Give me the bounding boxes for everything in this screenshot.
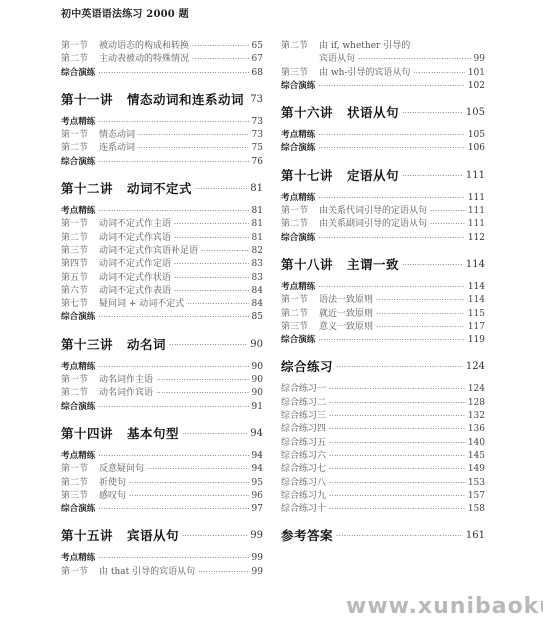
toc-section-entry[interactable]: 第四节动词不定式作定语83 bbox=[61, 258, 263, 271]
leader-dots bbox=[376, 294, 465, 307]
leader-dots bbox=[318, 129, 464, 142]
chapter-title: 参考答案 bbox=[281, 526, 333, 546]
page-number: 124 bbox=[466, 357, 485, 377]
leader-dots bbox=[329, 383, 465, 396]
toc-section-entry[interactable]: 第二节祈使句95 bbox=[61, 477, 263, 490]
leader-dots bbox=[329, 477, 465, 490]
section-number: 第一节 bbox=[281, 205, 319, 218]
page-number: 111 bbox=[468, 205, 485, 218]
chapter-name: 定语从句 bbox=[347, 168, 399, 183]
toc-section-entry[interactable]: 第六节动词不定式作表语84 bbox=[61, 285, 263, 298]
section-title: 被动语态的构成和转换 bbox=[99, 40, 189, 53]
leader-dots bbox=[336, 357, 463, 377]
toc-practice-entry[interactable]: 综合演练102 bbox=[281, 80, 485, 93]
toc-practice-entry[interactable]: 综合演练119 bbox=[281, 334, 485, 347]
section-number: 第一节 bbox=[281, 294, 319, 307]
toc-practice-entry[interactable]: 综合演练85 bbox=[61, 311, 263, 324]
toc-section-entry[interactable]: 第七节疑问词 + 动词不定式84 bbox=[61, 298, 263, 311]
toc-section-entry[interactable]: 第一节情态动词73 bbox=[61, 129, 263, 142]
section-number: 第三节 bbox=[281, 321, 319, 334]
leader-dots bbox=[98, 116, 248, 129]
leader-dots bbox=[98, 552, 248, 565]
chapter-name: 综合练习 bbox=[281, 359, 333, 374]
page-number: 82 bbox=[252, 245, 263, 258]
page-number: 81 bbox=[250, 179, 263, 199]
toc-section-entry[interactable]: 第一节动词不定式作主语81 bbox=[61, 218, 263, 231]
toc-practice-entry[interactable]: 综合演练106 bbox=[281, 142, 485, 155]
toc-practice-entry[interactable]: 考点精练111 bbox=[281, 192, 485, 205]
leader-dots bbox=[187, 298, 248, 311]
leader-dots bbox=[329, 423, 465, 436]
leader-dots bbox=[147, 463, 249, 476]
chapter-number: 第十一讲 bbox=[61, 92, 113, 107]
page-number: 91 bbox=[252, 401, 263, 414]
leader-dots bbox=[174, 232, 249, 245]
toc-practice-entry[interactable]: 综合演练68 bbox=[61, 67, 263, 80]
page-number: 90 bbox=[252, 374, 263, 387]
leader-dots bbox=[318, 281, 464, 294]
page-number: 106 bbox=[468, 142, 485, 155]
entry-title: 综合练习七 bbox=[281, 463, 326, 476]
leader-dots bbox=[430, 218, 465, 231]
leader-dots bbox=[156, 374, 249, 387]
section-title: 动词不定式作表语 bbox=[99, 285, 171, 298]
leader-dots bbox=[376, 321, 465, 334]
section-number: 第三节 bbox=[281, 67, 319, 80]
toc-practice-entry[interactable]: 考点精练105 bbox=[281, 129, 485, 142]
section-title: 意义一致原则 bbox=[319, 321, 373, 334]
toc-chapter-entry[interactable]: 综合练习124 bbox=[281, 357, 485, 377]
page-number: 99 bbox=[250, 526, 263, 546]
page-number: 84 bbox=[252, 298, 263, 311]
section-title: 动词不定式作主语 bbox=[99, 218, 171, 231]
entry-title: 考点精练 bbox=[61, 450, 95, 463]
section-title: 动词不定式作定语 bbox=[99, 258, 171, 271]
entry-title: 考点精练 bbox=[61, 552, 95, 565]
leader-dots bbox=[192, 53, 249, 66]
section-title: 疑问词 + 动词不定式 bbox=[99, 298, 184, 311]
section-title: 主动表被动的特殊情况 bbox=[99, 53, 189, 66]
toc-section-entry[interactable]: 第一节由关系代词引导的定语从句111 bbox=[281, 205, 485, 218]
leader-dots bbox=[318, 80, 464, 93]
entry-title: 综合练习一 bbox=[281, 383, 326, 396]
toc-practice-entry[interactable]: 考点精练90 bbox=[61, 361, 263, 374]
leader-dots bbox=[195, 179, 247, 199]
toc-section-entry[interactable]: 第二节动词不定式作宾语81 bbox=[61, 232, 263, 245]
page-number: 114 bbox=[468, 294, 485, 307]
page-number: 111 bbox=[468, 218, 485, 231]
section-number: 第二节 bbox=[281, 308, 319, 321]
page-number: 81 bbox=[252, 232, 263, 245]
leader-dots bbox=[329, 463, 465, 476]
running-header: 初中英语语法练习 2000 题 bbox=[61, 5, 189, 20]
page-number: 161 bbox=[466, 526, 485, 546]
leader-dots bbox=[182, 526, 247, 546]
page-number: 115 bbox=[468, 308, 485, 321]
page-number: 117 bbox=[468, 321, 485, 334]
leader-dots bbox=[430, 205, 465, 218]
leader-dots bbox=[329, 410, 465, 423]
leader-dots bbox=[318, 142, 464, 155]
entry-title: 综合演练 bbox=[281, 232, 315, 245]
page-number: 84 bbox=[252, 285, 263, 298]
toc-section-entry[interactable]: 第五节动词不定式作状语83 bbox=[61, 272, 263, 285]
entry-title: 考点精练 bbox=[61, 116, 95, 129]
toc-exercise-entry[interactable]: 综合练习六145 bbox=[281, 450, 485, 463]
section-number: 第一节 bbox=[61, 40, 99, 53]
leader-dots bbox=[318, 334, 464, 347]
page-number: 73 bbox=[250, 90, 263, 110]
leader-dots bbox=[318, 232, 464, 245]
section-number: 第四节 bbox=[61, 258, 99, 271]
toc-chapter-entry[interactable]: 第十一讲情态动词和连系动词73 bbox=[61, 90, 263, 110]
page-number: 85 bbox=[252, 311, 263, 324]
chapter-number: 第十二讲 bbox=[61, 181, 113, 196]
entry-title: 考点精练 bbox=[61, 205, 95, 218]
toc-practice-entry[interactable]: 综合演练112 bbox=[281, 232, 485, 245]
entry-title: 考点精练 bbox=[281, 129, 315, 142]
chapter-title: 第十一讲情态动词和连系动词 bbox=[61, 90, 244, 110]
entry-title: 综合演练 bbox=[281, 142, 315, 155]
chapter-title: 第十三讲动名词 bbox=[61, 335, 166, 355]
page-number: 128 bbox=[468, 397, 485, 410]
entry-title: 综合演练 bbox=[61, 311, 95, 324]
page-number: 158 bbox=[468, 503, 485, 516]
toc-chapter-entry[interactable]: 第十三讲动名词90 bbox=[61, 335, 263, 355]
entry-title: 综合演练 bbox=[61, 503, 95, 516]
section-title: 宾语从句 bbox=[319, 53, 355, 66]
page-number: 112 bbox=[468, 232, 485, 245]
toc-section-entry[interactable]: 第二节连系动词75 bbox=[61, 142, 263, 155]
toc-section-entry[interactable]: 第二节由关系副词引导的定语从句111 bbox=[281, 218, 485, 231]
section-number: 第七节 bbox=[61, 298, 99, 311]
page-number: 97 bbox=[252, 503, 263, 516]
page-number: 99 bbox=[474, 53, 485, 66]
chapter-title: 第十八讲主谓一致 bbox=[281, 255, 399, 275]
chapter-number: 第十五讲 bbox=[61, 528, 113, 543]
section-number: 第二节 bbox=[61, 387, 99, 400]
toc-section-entry[interactable]: 第三节动词不定式作宾语补足语82 bbox=[61, 245, 263, 258]
toc-practice-entry[interactable]: 考点精练99 bbox=[61, 552, 263, 565]
toc-section-entry[interactable]: 第三节感叹句96 bbox=[61, 490, 263, 503]
leader-dots bbox=[174, 285, 249, 298]
page-number: 102 bbox=[468, 80, 485, 93]
entry-title: 考点精练 bbox=[281, 192, 315, 205]
page-number: 73 bbox=[252, 129, 263, 142]
chapter-name: 状语从句 bbox=[347, 105, 399, 120]
entry-title: 考点精练 bbox=[281, 281, 315, 294]
entry-title: 综合演练 bbox=[281, 80, 315, 93]
leader-dots bbox=[329, 490, 465, 503]
page-number: 81 bbox=[252, 218, 263, 231]
chapter-name: 动名词 bbox=[127, 337, 166, 352]
page-number: 105 bbox=[466, 103, 485, 123]
leader-dots bbox=[174, 258, 249, 271]
page-number: 73 bbox=[252, 116, 263, 129]
section-title: 动名词作主语 bbox=[99, 374, 153, 387]
entry-title: 考点精练 bbox=[61, 361, 95, 374]
toc-chapter-entry[interactable]: 参考答案161 bbox=[281, 526, 485, 546]
toc-chapter-entry[interactable]: 第十八讲主谓一致114 bbox=[281, 255, 485, 275]
toc-exercise-entry[interactable]: 综合练习四136 bbox=[281, 423, 485, 436]
toc-practice-entry[interactable]: 综合演练91 bbox=[61, 401, 263, 414]
leader-dots bbox=[329, 450, 465, 463]
leader-dots bbox=[336, 526, 463, 546]
leader-dots bbox=[402, 166, 463, 186]
toc-exercise-entry[interactable]: 综合练习七149 bbox=[281, 463, 485, 476]
page-number: 94 bbox=[250, 424, 263, 444]
page-number: 76 bbox=[252, 156, 263, 169]
toc-exercise-entry[interactable]: 综合练习五140 bbox=[281, 437, 485, 450]
toc-practice-entry[interactable]: 考点精练94 bbox=[61, 450, 263, 463]
leader-dots bbox=[98, 205, 248, 218]
toc-section-entry[interactable]: 第一节动名词作主语90 bbox=[61, 374, 263, 387]
entry-title: 综合演练 bbox=[61, 401, 95, 414]
leader-dots bbox=[201, 245, 249, 258]
leader-dots bbox=[182, 424, 247, 444]
chapter-title: 第十六讲状语从句 bbox=[281, 103, 399, 123]
page-number: 114 bbox=[466, 255, 485, 275]
section-title: 情态动词 bbox=[99, 129, 135, 142]
page-number: 68 bbox=[252, 67, 263, 80]
chapter-number: 第十七讲 bbox=[281, 168, 333, 183]
page-number: 96 bbox=[252, 490, 263, 503]
section-number: 第二节 bbox=[61, 142, 99, 155]
entry-title: 综合练习四 bbox=[281, 423, 326, 436]
page-number: 111 bbox=[468, 192, 485, 205]
leader-dots bbox=[402, 103, 463, 123]
chapter-name: 宾语从句 bbox=[127, 528, 179, 543]
leader-dots bbox=[329, 437, 465, 450]
page-number: 65 bbox=[252, 40, 263, 53]
page-number: 149 bbox=[468, 463, 485, 476]
toc-section-entry-continued[interactable]: 宾语从句99 bbox=[281, 53, 485, 66]
page-number: 99 bbox=[252, 566, 263, 579]
page-number: 111 bbox=[466, 166, 485, 186]
toc-chapter-entry[interactable]: 第十二讲动词不定式81 bbox=[61, 179, 263, 199]
chapter-name: 参考答案 bbox=[281, 528, 333, 543]
section-title: 动词不定式作宾语补足语 bbox=[99, 245, 198, 258]
toc-section-entry[interactable]: 第二节就近一致原则115 bbox=[281, 308, 485, 321]
leader-dots bbox=[138, 129, 249, 142]
page-number: 94 bbox=[252, 463, 263, 476]
toc-chapter-entry[interactable]: 第十七讲定语从句111 bbox=[281, 166, 485, 186]
chapter-title: 第十五讲宾语从句 bbox=[61, 526, 179, 546]
toc-exercise-entry[interactable]: 综合练习二128 bbox=[281, 397, 485, 410]
leader-dots bbox=[192, 40, 249, 53]
section-title: 由关系副词引导的定语从句 bbox=[319, 218, 427, 231]
leader-dots bbox=[358, 53, 471, 66]
section-number: 第三节 bbox=[61, 245, 99, 258]
toc-practice-entry[interactable]: 综合演练76 bbox=[61, 156, 263, 169]
toc-exercise-entry[interactable]: 综合练习八153 bbox=[281, 477, 485, 490]
toc-section-entry[interactable]: 第三节意义一致原则117 bbox=[281, 321, 485, 334]
section-number: 第一节 bbox=[61, 218, 99, 231]
page-number: 114 bbox=[468, 281, 485, 294]
page-number: 81 bbox=[252, 205, 263, 218]
leader-dots bbox=[98, 156, 248, 169]
section-title: 祈使句 bbox=[99, 477, 126, 490]
leader-dots bbox=[98, 450, 248, 463]
leader-dots bbox=[174, 218, 249, 231]
chapter-title: 第十七讲定语从句 bbox=[281, 166, 399, 186]
entry-title: 综合练习十 bbox=[281, 503, 326, 516]
toc-chapter-entry[interactable]: 第十六讲状语从句105 bbox=[281, 103, 485, 123]
entry-title: 综合练习八 bbox=[281, 477, 326, 490]
section-number: 第一节 bbox=[61, 566, 99, 579]
entry-title: 综合演练 bbox=[61, 67, 95, 80]
section-number: 第二节 bbox=[61, 477, 99, 490]
section-number: 第二节 bbox=[61, 53, 99, 66]
toc-chapter-entry[interactable]: 第十五讲宾语从句99 bbox=[61, 526, 263, 546]
section-title: 连系动词 bbox=[99, 142, 135, 155]
page-number: 75 bbox=[252, 142, 263, 155]
leader-dots bbox=[329, 503, 465, 516]
leader-dots bbox=[329, 397, 465, 410]
page-number: 67 bbox=[252, 53, 263, 66]
section-title: 感叹句 bbox=[99, 490, 126, 503]
chapter-number: 第十三讲 bbox=[61, 337, 113, 352]
toc-section-entry[interactable]: 第二节动名词作宾语90 bbox=[61, 387, 263, 400]
toc-practice-entry[interactable]: 综合演练97 bbox=[61, 503, 263, 516]
section-number: 第二节 bbox=[61, 232, 99, 245]
page-number: 94 bbox=[252, 450, 263, 463]
toc-section-entry[interactable]: 第一节被动语态的构成和转换65 bbox=[61, 40, 263, 53]
page-number: 153 bbox=[468, 477, 485, 490]
entry-title: 综合练习六 bbox=[281, 450, 326, 463]
chapter-number: 第十六讲 bbox=[281, 105, 333, 120]
leader-dots bbox=[98, 311, 248, 324]
leader-dots bbox=[98, 67, 248, 80]
leader-dots bbox=[98, 361, 248, 374]
chapter-title: 第十四讲基本句型 bbox=[61, 424, 179, 444]
toc-section-entry[interactable]: 第一节语法一致原则114 bbox=[281, 294, 485, 307]
leader-dots bbox=[318, 192, 464, 205]
leader-dots bbox=[413, 67, 464, 80]
section-title: 由 wh-引导的宾语从句 bbox=[319, 67, 410, 80]
section-title: 动词不定式作宾语 bbox=[99, 232, 171, 245]
toc-exercise-entry[interactable]: 综合练习九157 bbox=[281, 490, 485, 503]
leader-dots bbox=[138, 142, 249, 155]
page-number: 83 bbox=[252, 272, 263, 285]
page-number: 124 bbox=[468, 383, 485, 396]
leader-dots bbox=[129, 490, 249, 503]
leader-dots bbox=[129, 477, 249, 490]
leader-dots bbox=[98, 503, 248, 516]
chapter-number: 第十八讲 bbox=[281, 257, 333, 272]
entry-title: 综合演练 bbox=[61, 156, 95, 169]
page-number: 90 bbox=[250, 335, 263, 355]
page-number: 101 bbox=[468, 67, 485, 80]
toc-right-column: 第二节由 if, whether 引导的宾语从句99第三节由 wh-引导的宾语从… bbox=[281, 40, 485, 552]
leader-dots bbox=[198, 566, 248, 579]
leader-dots bbox=[98, 401, 248, 414]
chapter-title: 第十二讲动词不定式 bbox=[61, 179, 192, 199]
page-number: 90 bbox=[252, 387, 263, 400]
leader-dots bbox=[402, 255, 463, 275]
leader-dots bbox=[174, 272, 249, 285]
entry-title: 综合演练 bbox=[281, 334, 315, 347]
chapter-name: 主谓一致 bbox=[347, 257, 399, 272]
section-title: 由 that 引导的宾语从句 bbox=[99, 566, 195, 579]
section-title: 动名词作宾语 bbox=[99, 387, 153, 400]
toc-section-entry[interactable]: 第一节由 that 引导的宾语从句99 bbox=[61, 566, 263, 579]
toc-section-entry[interactable]: 第一节反意疑问句94 bbox=[61, 463, 263, 476]
leader-dots bbox=[376, 308, 465, 321]
toc-section-entry[interactable]: 第二节主动表被动的特殊情况67 bbox=[61, 53, 263, 66]
toc-left-column: 第一节被动语态的构成和转换65第二节主动表被动的特殊情况67综合演练68第十一讲… bbox=[61, 40, 263, 579]
toc-exercise-entry[interactable]: 综合练习三132 bbox=[281, 410, 485, 423]
page-number: 132 bbox=[468, 410, 485, 423]
page-number: 140 bbox=[468, 437, 485, 450]
chapter-name: 动词不定式 bbox=[127, 181, 192, 196]
toc-section-entry[interactable]: 第三节由 wh-引导的宾语从句101 bbox=[281, 67, 485, 80]
chapter-title: 综合练习 bbox=[281, 357, 333, 377]
toc-exercise-entry[interactable]: 综合练习十158 bbox=[281, 503, 485, 516]
watermark: www.xunibaoku.com bbox=[346, 594, 543, 619]
section-title: 动词不定式作状语 bbox=[99, 272, 171, 285]
leader-dots bbox=[169, 335, 247, 355]
toc-chapter-entry[interactable]: 第十四讲基本句型94 bbox=[61, 424, 263, 444]
section-title: 由 if, whether 引导的 bbox=[319, 40, 410, 53]
chapter-name: 情态动词和连系动词 bbox=[127, 92, 244, 107]
page-number: 136 bbox=[468, 423, 485, 436]
chapter-name: 基本句型 bbox=[127, 426, 179, 441]
section-title: 由关系代词引导的定语从句 bbox=[319, 205, 427, 218]
section-number: 第三节 bbox=[61, 490, 99, 503]
page-number: 99 bbox=[252, 552, 263, 565]
section-number: 第二节 bbox=[281, 218, 319, 231]
section-number: 第五节 bbox=[61, 272, 99, 285]
leader-dots bbox=[156, 387, 249, 400]
section-number: 第一节 bbox=[61, 463, 99, 476]
toc-practice-entry[interactable]: 考点精练73 bbox=[61, 116, 263, 129]
page-number: 95 bbox=[252, 477, 263, 490]
section-number: 第一节 bbox=[61, 129, 99, 142]
page-number: 119 bbox=[468, 334, 485, 347]
section-number: 第一节 bbox=[61, 374, 99, 387]
page-number: 145 bbox=[468, 450, 485, 463]
section-title: 反意疑问句 bbox=[99, 463, 144, 476]
section-title: 语法一致原则 bbox=[319, 294, 373, 307]
chapter-number: 第十四讲 bbox=[61, 426, 113, 441]
page-number: 90 bbox=[252, 361, 263, 374]
toc-exercise-entry[interactable]: 综合练习一124 bbox=[281, 383, 485, 396]
section-title: 就近一致原则 bbox=[319, 308, 373, 321]
entry-title: 综合练习二 bbox=[281, 397, 326, 410]
entry-title: 综合练习九 bbox=[281, 490, 326, 503]
section-number: 第六节 bbox=[61, 285, 99, 298]
page-number: 157 bbox=[468, 490, 485, 503]
page-number: 105 bbox=[468, 129, 485, 142]
entry-title: 综合练习五 bbox=[281, 437, 326, 450]
section-number: 第二节 bbox=[281, 40, 319, 53]
page-number: 83 bbox=[252, 258, 263, 271]
toc-section-entry[interactable]: 第二节由 if, whether 引导的 bbox=[281, 40, 485, 53]
toc-practice-entry[interactable]: 考点精练114 bbox=[281, 281, 485, 294]
toc-practice-entry[interactable]: 考点精练81 bbox=[61, 205, 263, 218]
entry-title: 综合练习三 bbox=[281, 410, 326, 423]
